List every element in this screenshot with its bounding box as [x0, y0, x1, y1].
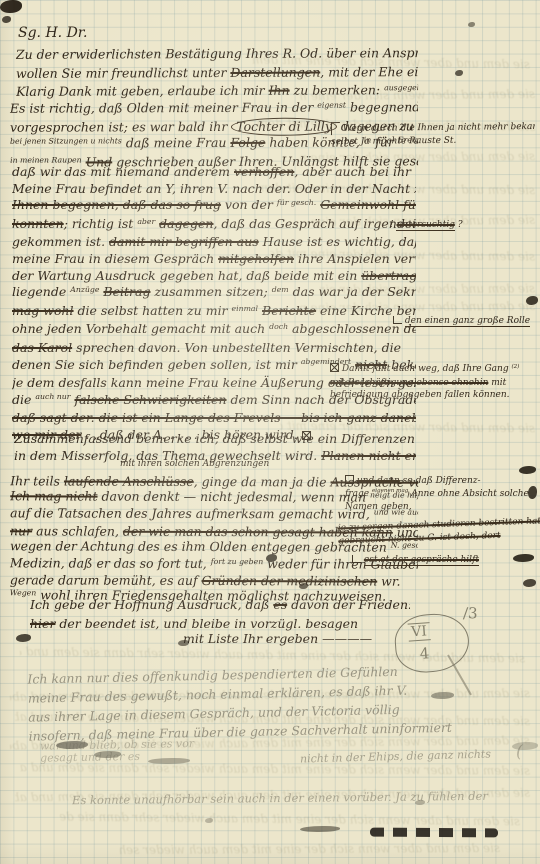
archival-numerator: VI [408, 622, 431, 641]
struck-text: est et der gespräche hilft [364, 555, 479, 566]
margin-note-tick: est et der gespräche hilft [352, 554, 479, 567]
handwritten-text: mit ihren solchen Abgrenzungen [120, 459, 269, 469]
inserted-text: aber [137, 217, 155, 226]
handwritten-text: Damit fällt auch weg, daß Ihre Gang [339, 364, 511, 374]
page-heading: Sg. H. Dr. [18, 25, 87, 41]
handwritten-text: das war ja der Sekretariat, und [289, 284, 416, 299]
manuscript-line: daß sagt der. die ist ein Lange des Frev… [12, 410, 416, 427]
handwritten-text: wollen Sie mir freundlichst unter [16, 64, 230, 80]
ink-smudge [526, 296, 538, 305]
handwritten-text: die selbst hatten zu mir [74, 303, 232, 318]
struck-text: falsche Schwierigkeiten [74, 392, 226, 407]
ink-smudge [455, 70, 463, 76]
struck-text: Gemeinwohl für schlafen [320, 197, 416, 212]
manuscript-line: das Karol sprechen davon. Von unbestellt… [12, 340, 416, 357]
paragraph-1: Zu der erwiderlichsten Bestätigung Ihres… [16, 44, 418, 103]
ink-smudge [148, 758, 190, 764]
manuscript-line: ohne jeden Vorbehalt gemacht mit auch do… [12, 321, 416, 340]
handwritten-text: ihre Anspielen verwirrt und [294, 251, 416, 266]
manuscript-line: Ich gebe der Hoffnung Ausdruck, daß es d… [30, 595, 410, 614]
manuscript-line: daß wir das mit niemand anderem verhoffe… [12, 164, 416, 181]
manuscript-line: gekommen ist. damit mir begriffen aus Ha… [12, 234, 416, 251]
handwritten-text: begegnenden Aussprache müssen [346, 99, 418, 114]
handwritten-text: ohne jeden Vorbehalt gemacht mit auch [12, 321, 269, 336]
manuscript-line: Es ist richtig, daß Olden mit meiner Fra… [10, 99, 418, 119]
struck-text: konnten [12, 216, 64, 231]
handwritten-text: , mit der Ehe eines Aus. [320, 63, 418, 79]
handwritten-text: , aber auch bei ihr mir entsprechen. ich… [294, 164, 416, 179]
handwritten-text: Namen geben, [345, 502, 412, 512]
inserted-text: doch [269, 322, 288, 331]
handwritten-text: Meine Frau befindet an Y, ihren V. nach … [12, 181, 416, 196]
manuscript-line: meine Frau in diesem Gespräch mitgeholfe… [12, 251, 416, 268]
handwritten-text: Zusammenfassend bemerke ich, daß selbst … [14, 431, 416, 446]
bleed-through-line: sie dem und aber wenn sich der eine mit … [60, 810, 520, 829]
ink-smudge [0, 0, 22, 13]
manuscript-line: selbst Ja möchte Rauste St. [331, 133, 535, 148]
inserted-text: fort zu geben [211, 557, 263, 566]
closing-paragraph: Ich gebe der Hoffnung Ausdruck, daß es d… [30, 595, 410, 633]
struck-text: damit mir begriffen aus [109, 234, 259, 249]
struck-text: verhoffen [234, 164, 294, 179]
handwritten-text: daß wir das mit niemand anderem [12, 164, 234, 179]
inserted-text: dem [272, 285, 289, 294]
handwritten-text: frage [345, 489, 372, 499]
struck-text: Darstellungen [230, 64, 320, 79]
crossbox-icon [330, 363, 339, 372]
pencil-bottom-line: Es konnte unaufhörbar sein auch in der e… [72, 789, 492, 807]
handwritten-text: den einen ganz große Rolle [405, 316, 530, 327]
handwritten-text: gesagt und der es [40, 750, 140, 765]
inserted-text: Anzüge [70, 285, 99, 294]
struck-text: Ihnen begegnen, daß das so frug [12, 197, 221, 212]
ink-smudge [512, 742, 538, 750]
handwritten-text: ; richtig ist [64, 216, 138, 231]
handwritten-text: mit [488, 378, 506, 388]
struck-text: Ich mag nicht [10, 488, 97, 503]
margin-note-crossbox: Damit fällt auch weg, daß Ihre Gang (2)m… [330, 363, 536, 402]
interline-insertion: mit ihren solchen Abgrenzungen [120, 459, 340, 469]
handwritten-text: befriedigung abgegeben fallen können. [330, 390, 509, 400]
inserted-text: für gesch. [277, 198, 316, 207]
manuscript-line: und dann so daß Differenz- [345, 475, 540, 488]
manuscript-line: gerade darum bemüht, es auf Gründen der … [10, 573, 418, 590]
manuscript-sheet: sie dem und aber wenn sich der eine mit … [0, 0, 540, 864]
inserted-text: ausgegeben näherer [384, 83, 418, 92]
handwritten-text: meine Frau in diesem Gespräch [12, 251, 218, 266]
ink-smudge [2, 16, 11, 23]
manuscript-line: Meine Frau befindet an Y, ihren V. nach … [12, 181, 416, 198]
handwritten-text: zu bemerken: [290, 82, 384, 97]
handwritten-text: Anne ohne Absicht solche [408, 489, 529, 499]
bracket-icon [331, 122, 340, 135]
ink-smudge [205, 818, 213, 823]
handwritten-text: Medizin, daß er das so fort tut, [10, 555, 211, 571]
manuscript-line: Ihnen begegnen, daß das so frug von der … [12, 197, 416, 216]
ink-smudge [468, 22, 475, 27]
struck-text: Folge [230, 135, 265, 150]
manuscript-line: mag wohl die selbst hatten zu mir einmal… [12, 303, 416, 322]
margin-note-box: und dann so daß Differenz-frage eigenen … [345, 475, 540, 514]
ink-smudge [523, 579, 536, 587]
manuscript-line: Wenn durch die Ihnen ja nicht mehr bekan… [331, 120, 535, 136]
inserted-text: einmal [232, 304, 259, 313]
boxmark-icon [345, 475, 354, 484]
struck-text: Beitrag [103, 284, 150, 299]
inserted-text: (2) [511, 364, 519, 370]
handwritten-text: Ihr teils [10, 473, 64, 488]
handwritten-text: , daß das Gespräch auf irgendeinem Wege … [213, 216, 416, 231]
struck-text: mitgeholfen [218, 251, 294, 266]
handwritten-text: Wenn durch die Ihnen ja nicht mehr bekan… [340, 121, 535, 134]
handwritten-text: daß meine Frau [122, 135, 231, 150]
struck-text: es [273, 597, 287, 612]
handwritten-text: wegen der Achtung des es ihm Olden entge… [10, 538, 391, 554]
manuscript-line: befriedigung abgegeben fallen können. [330, 389, 536, 402]
tickmark-icon [393, 316, 402, 324]
bleed-through-line: sie dem und aber wenn sich der eine mit … [120, 841, 500, 857]
manuscript-line: mit ihren solchen Abgrenzungen [120, 459, 340, 469]
handwritten-text: der Wartung Ausdruck gegeben hat, daß be… [12, 268, 361, 283]
manuscript-line: Damit fällt auch weg, daß Ihre Gang (2) [330, 363, 536, 377]
manuscript-line: ! untersuchtig ? [390, 219, 463, 232]
manuscript-line: wollen Sie mir freundlichst unter Darste… [16, 63, 418, 83]
handwritten-text: gerade darum bemüht, es auf [10, 573, 202, 589]
handwritten-text: auf die Tatsachen des Jahres aufmerksam … [10, 506, 374, 522]
struck-text: dagegen [159, 216, 213, 231]
manuscript-line: Zu der erwiderlichsten Bestätigung Ihres… [16, 44, 418, 64]
manuscript-line: est et der gespräche hilft [352, 554, 479, 567]
manuscript-line: Namen geben, [345, 501, 540, 514]
handwritten-text: Tochter di Lilly [231, 117, 337, 135]
paragraph-3: daß wir das mit niemand anderem verhoffe… [12, 164, 416, 444]
struck-text: übertragenden [361, 268, 416, 283]
struck-text: nur [10, 523, 32, 538]
inserted-text: auch nur [35, 392, 70, 401]
archival-denominator: 4 [419, 644, 430, 663]
handwritten-text: so daß Differenz- [400, 476, 481, 486]
ink-smudge [16, 634, 31, 642]
margin-note-query: ! untersuchtig ? [390, 219, 463, 232]
pencil-fragments: war und blieb, ob sie es vorgesagt und d… [40, 735, 340, 764]
margin-insertion-note: Wenn durch die Ihnen ja nicht mehr bekan… [331, 120, 535, 148]
struck-text: laufende Anschlüsse [64, 473, 194, 488]
ink-smudge [300, 826, 340, 832]
handwritten-text: gekommen ist. [12, 234, 109, 249]
ink-smudge [415, 800, 425, 805]
signoff-line: mit Liste Ihr ergeben ———— [183, 631, 372, 646]
handwritten-text: Ich gebe der Hoffnung Ausdruck, daß [30, 597, 273, 612]
ink-smudge [519, 466, 536, 474]
tickmark-icon [352, 555, 361, 563]
handwritten-text: Zu der erwiderlichsten Bestätigung Ihres… [16, 45, 418, 62]
ink-smear [370, 828, 498, 838]
margin-note-underlined: den einen ganz große Rolle [393, 315, 530, 328]
archival-slash-number: /3 [463, 604, 478, 622]
struck-text: mag wohl [12, 303, 74, 318]
ink-smudge [513, 554, 534, 562]
struck-text: mit Beschäftigung ebenso ohnehin [330, 378, 488, 388]
handwritten-text: vorgesprochen ist; es war bald ihr [10, 119, 231, 135]
handwritten-text: von der [221, 197, 277, 212]
handwritten-text: ? [455, 220, 463, 230]
handwritten-text: davon denkt — nicht jedesmal, wenn man [98, 489, 371, 505]
struck-text: das Karol [12, 340, 72, 355]
handwritten-text: Es ist richtig, daß Olden mit meiner Fra… [10, 100, 317, 116]
handwritten-text: der beendet ist, und bleibe in vorzügl. … [55, 616, 358, 631]
pencil-paragraph: Ich kann nur dies offenkundig bespendier… [27, 660, 468, 745]
inserted-text: eigenst [317, 100, 346, 109]
handwritten-text: Hause ist es wichtig, daß [259, 234, 416, 249]
struck-text: und dann [357, 476, 400, 486]
manuscript-line: konnten; richtig ist aber dagegen, daß d… [12, 216, 416, 235]
handwritten-text: wr. [377, 574, 400, 589]
inserted-text: eigenen mag [372, 488, 408, 494]
manuscript-line: der Wartung Ausdruck gegeben hat, daß be… [12, 268, 416, 285]
handwritten-text: selbst Ja möchte Rauste St. [331, 135, 456, 146]
manuscript-line: liegende Anzüge Beitrag zusammen sitzen;… [12, 284, 416, 303]
struck-text: Gründen der medizinischen [202, 573, 378, 589]
handwritten-text: davon der Frieden: Frau M.“ [287, 597, 410, 612]
handwritten-text: die [12, 392, 35, 407]
struck-text: Ihn [269, 83, 290, 98]
manuscript-line: mit Beschäftigung ebenso ohnehin mit [330, 377, 536, 390]
struck-text: Berichte [262, 303, 316, 318]
handwritten-text: zusammen sitzen; [150, 284, 271, 299]
handwritten-text: Klarig Dank mit geben, erlaube ich mir [16, 83, 269, 99]
struck-text: untersuchtig [396, 220, 454, 231]
handwritten-text: , ginge da man ja die [194, 474, 331, 489]
struck-text: daß sagt der. die ist ein Lange des Frev… [12, 410, 416, 425]
manuscript-line: Zusammenfassend bemerke ich, daß selbst … [14, 430, 416, 447]
handwritten-text: denen Sie sich befinden geben sollen, is… [12, 357, 301, 372]
inserted-text: in meinen Raupen [10, 155, 82, 164]
handwritten-text: aus schlafen, [32, 523, 123, 538]
struck-text: hier [30, 616, 55, 631]
handwritten-text: liegende [12, 284, 70, 299]
inserted-text: bei jenen Sitzungen u nichts [10, 136, 122, 145]
handwritten-text: sprechen davon. Von unbestellten Vermisc… [72, 340, 401, 355]
manuscript-line: den einen ganz große Rolle [393, 315, 530, 328]
manuscript-line: frage eigenen mag Anne ohne Absicht solc… [345, 488, 540, 502]
